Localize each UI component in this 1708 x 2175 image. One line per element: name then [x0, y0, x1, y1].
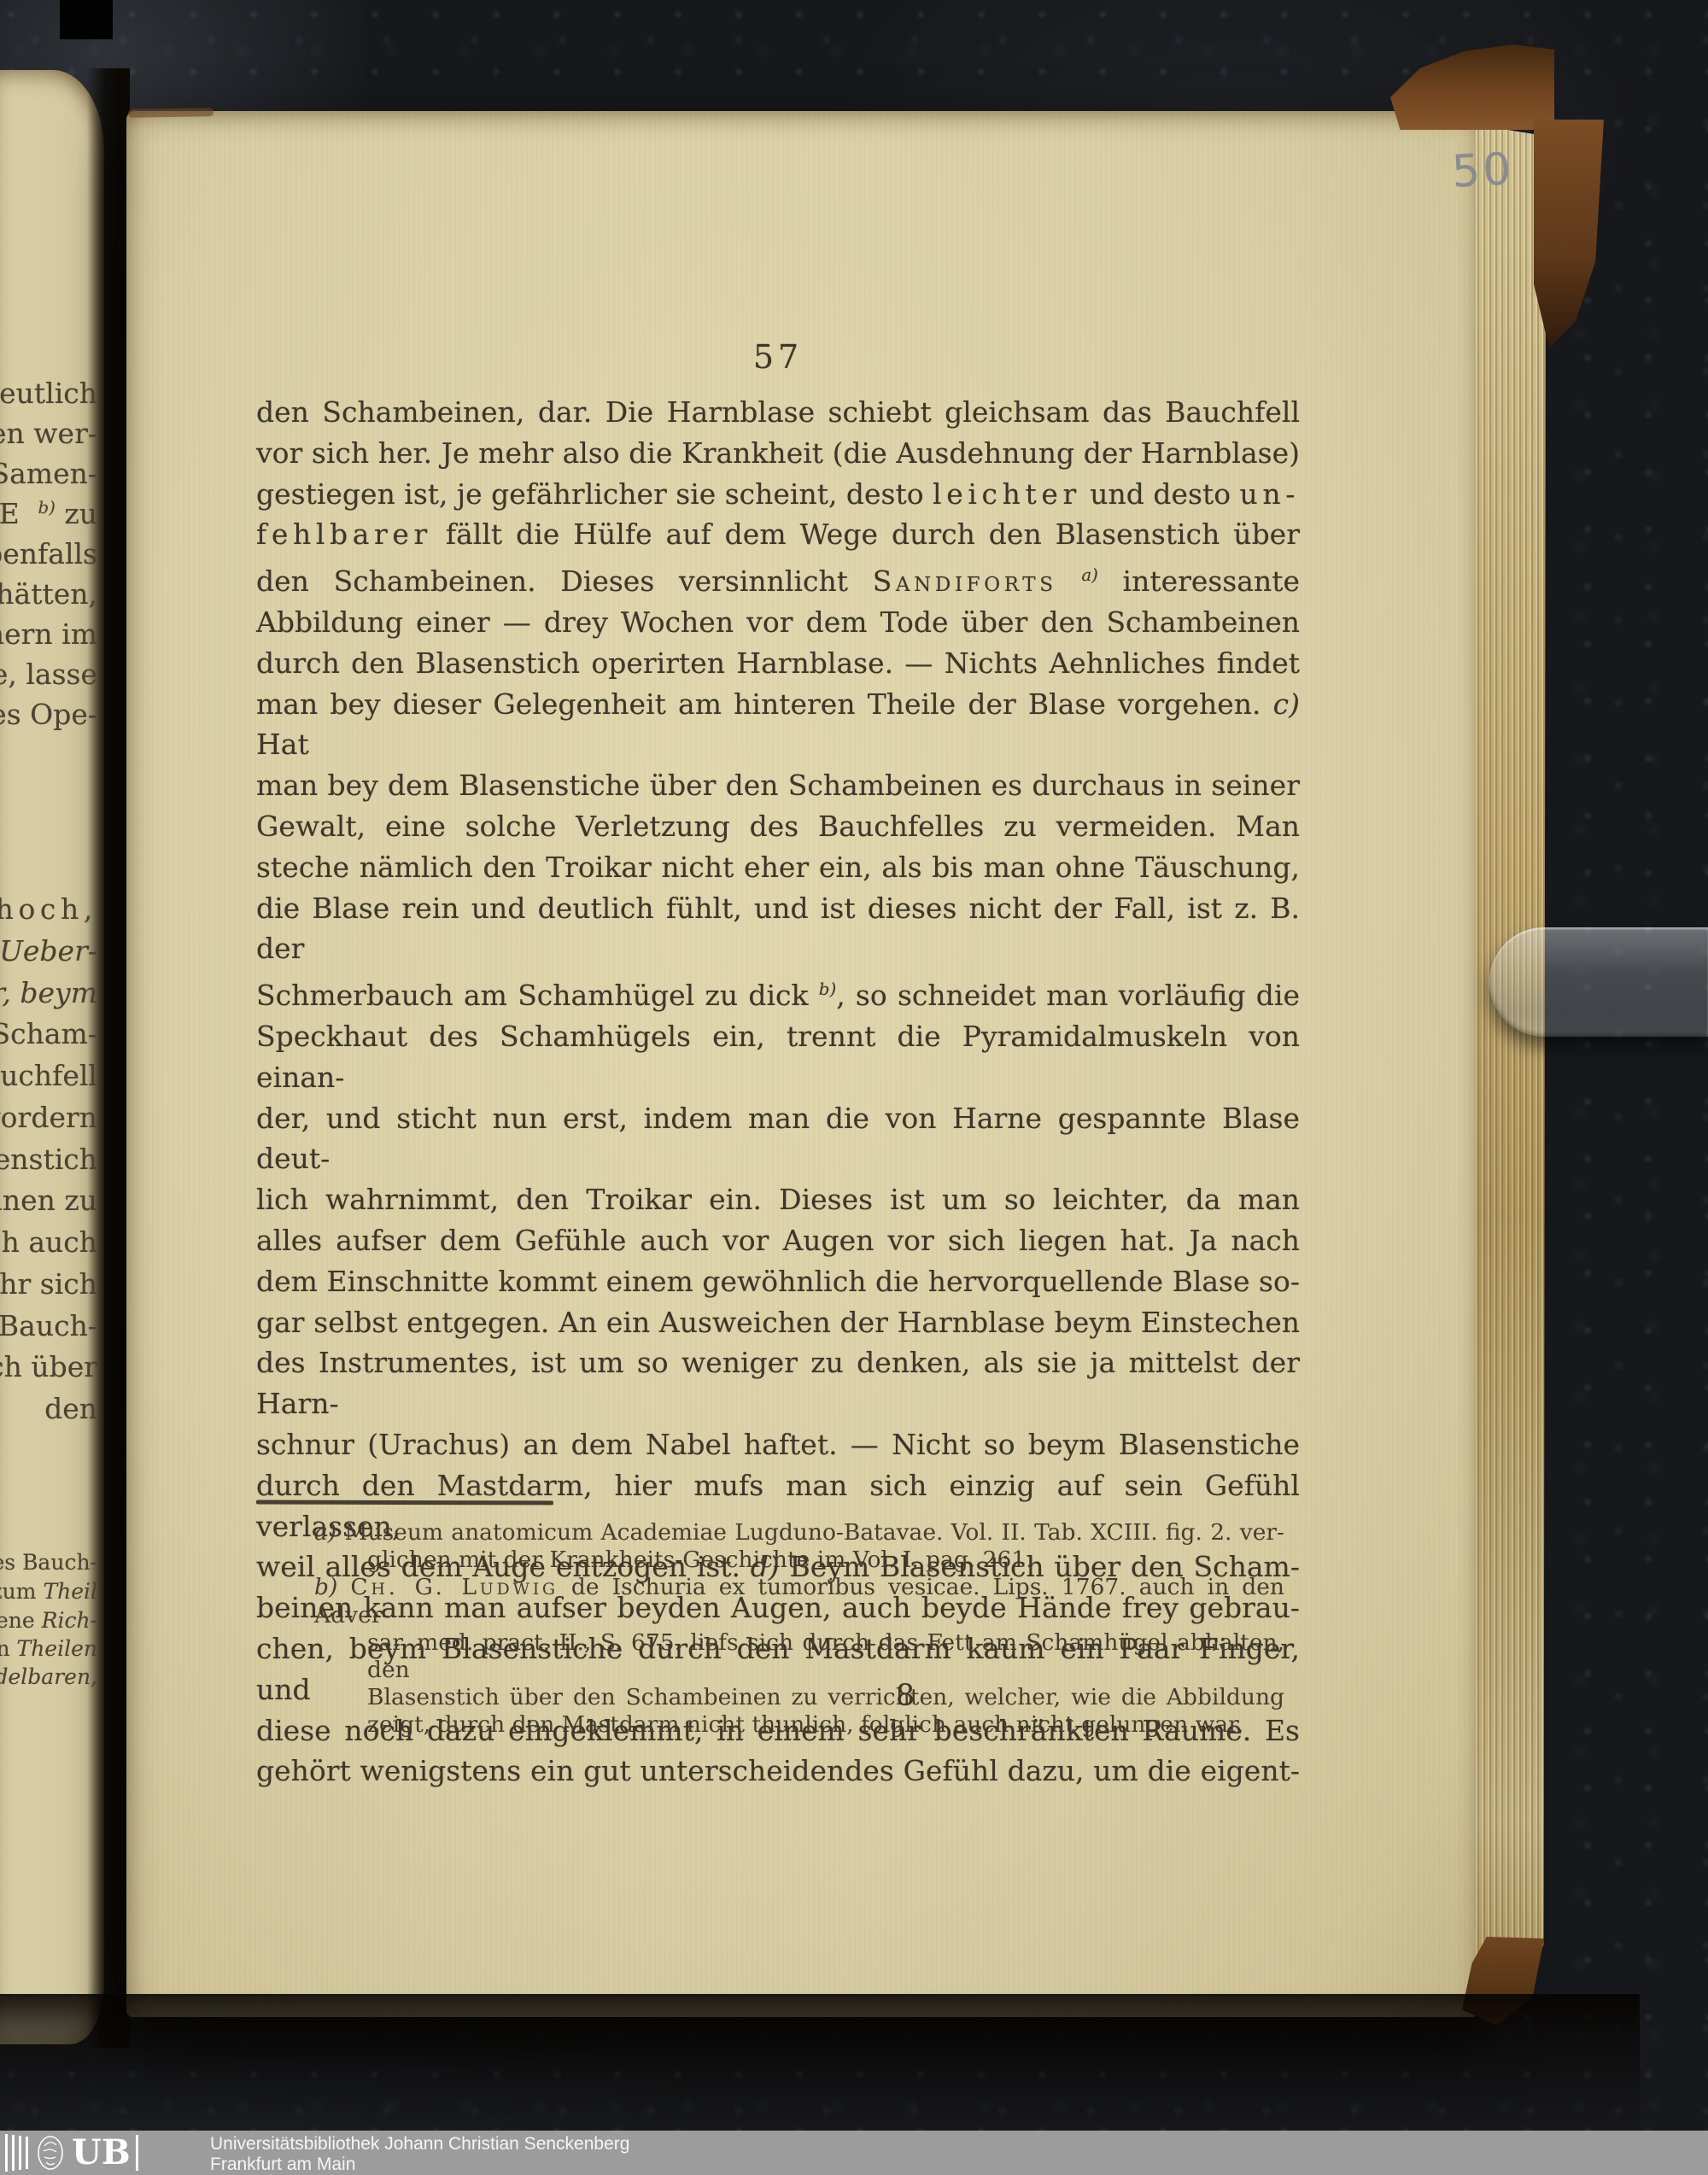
text-segment: der, und sticht nun erst, indem man die …	[256, 1102, 1300, 1176]
cutoff-text-line: einen Theilen	[0, 1636, 97, 1661]
text-segment: de zum	[0, 1579, 43, 1604]
text-line: durch den Blasenstich operirten Harnblas…	[256, 643, 1300, 684]
library-name: Universitätsbibliothek Johann Christian …	[210, 2134, 629, 2175]
text-line: lich wahrnimmt, den Troikar ein. Dieses …	[256, 1179, 1300, 1220]
text-line: man bey dem Blasenstiche über den Schamb…	[256, 765, 1300, 806]
text-segment: Theil	[43, 1579, 97, 1604]
text-line: gestiegen ist, je gefährlicher sie schei…	[256, 474, 1300, 515]
text-segment: Abbildung einer — drey Wochen vor dem To…	[256, 605, 1300, 639]
book-scan-photo: ung deutlichrmieden wer-r die Samen-LLIE…	[0, 0, 1708, 2175]
text-segment: steche nämlich den Troikar nicht eher ei…	[256, 851, 1300, 884]
text-line: glichen mit der Krankheits-Geschichte im…	[314, 1546, 1284, 1574]
text-segment: schnur (Urachus) an dem Nabel haftet. — …	[256, 1428, 1300, 1461]
footnotes: a) Museum anatomicum Academiae Lugduno-B…	[314, 1519, 1284, 1739]
text-line: den Schambeinen, dar. Die Harnblase schi…	[256, 392, 1300, 433]
fore-edge	[1476, 125, 1546, 2010]
text-segment: Sandiforts	[873, 564, 1057, 598]
text-segment: Theilen	[17, 1636, 97, 1661]
text-line: schnur (Urachus) an dem Nabel haftet. — …	[256, 1424, 1300, 1465]
text-segment: gehört wenigstens ein gut unterscheidend…	[256, 1754, 1300, 1787]
text-segment: fehlbarer	[256, 517, 432, 551]
text-segment: Ch. G. Ludwig	[350, 1574, 558, 1600]
library-name-line2: Frankfurt am Main	[210, 2155, 629, 2175]
signature-mark: 8	[871, 1679, 939, 1713]
text-segment: einen	[0, 1636, 17, 1661]
text-line: der, und sticht nun erst, indem man die …	[256, 1098, 1300, 1180]
text-segment: sar. med. pract. II., S. 675. liefs sich…	[367, 1629, 1284, 1683]
ub-logo: UB	[5, 2133, 138, 2172]
text-segment: Gewalt, eine solche Verletzung des Bauch…	[256, 810, 1300, 843]
text-segment: a)	[1081, 565, 1098, 585]
text-line: Abbildung einer — drey Wochen vor dem To…	[256, 602, 1300, 643]
text-segment: Hat	[256, 728, 309, 761]
logo-bar-icon	[26, 2137, 28, 2169]
text-line: vor sich her. Je mehr also die Krankheit…	[256, 433, 1300, 474]
text-segment	[1057, 564, 1082, 598]
text-segment: Schmerbauch am Schamhügel zu dick	[256, 979, 819, 1012]
text-segment: alles aufser dem Gefühle auch vor Augen …	[256, 1224, 1300, 1257]
text-segment: a)	[314, 1519, 336, 1546]
text-line: gehört wenigstens ein gut unterscheidend…	[256, 1751, 1300, 1792]
text-line: fehlbarer fällt die Hülfe auf dem Wege d…	[256, 514, 1300, 555]
text-line: Speckhaut des Schamhügels ein, trennt di…	[256, 1016, 1300, 1098]
handwritten-folio-number: 50	[1450, 143, 1514, 198]
text-segment: lich wahrnimmt, den Troikar ein. Dieses …	[256, 1183, 1300, 1216]
text-segment: zeigt, durch den Mastdarm nicht thunlich…	[367, 1711, 1243, 1738]
text-segment: durch den Blasenstich operirten Harnblas…	[256, 646, 1300, 680]
footnote-separator-rule	[256, 1500, 553, 1506]
text-line: alles aufser dem Gefühle auch vor Augen …	[256, 1220, 1300, 1261]
text-segment: c)	[1273, 687, 1300, 721]
text-line: sar. med. pract. II., S. 675. liefs sich…	[314, 1629, 1284, 1684]
text-line: zeigt, durch den Mastdarm nicht thunlich…	[314, 1711, 1284, 1739]
text-segment: b)	[314, 1574, 337, 1600]
text-line: die Blase rein und deutlich fühlt, und i…	[256, 888, 1300, 970]
page-number: 57	[256, 338, 1300, 376]
text-segment: Rich-	[42, 1608, 97, 1633]
text-segment: leichter	[933, 477, 1081, 511]
text-segment	[337, 1574, 350, 1600]
text-line: b) Ch. G. Ludwig de Ischuria ex tumoribu…	[314, 1574, 1284, 1628]
logo-bar-icon	[19, 2136, 21, 2170]
facing-page-footnote-fragments: it des Bauch-de zum Theilmmene Rich-eine…	[0, 0, 97, 2049]
text-segment: fällt die Hülfe auf dem Wege durch den B…	[432, 517, 1300, 551]
logo-bar-icon	[12, 2135, 15, 2171]
plastic-page-clip	[1489, 927, 1708, 1037]
text-segment: Speckhaut des Schamhügels ein, trennt di…	[256, 1020, 1300, 1094]
text-segment: mmene	[0, 1608, 42, 1633]
text-segment: den Schambeinen. Dieses versinnlicht	[256, 564, 873, 598]
portrait-icon	[34, 2134, 67, 2172]
text-line: steche nämlich den Troikar nicht eher ei…	[256, 847, 1300, 888]
text-segment: vor sich her. Je mehr also die Krankheit…	[256, 436, 1300, 470]
cutoff-text-line: it des Bauch-	[0, 1550, 97, 1575]
text-segment: und desto	[1081, 477, 1240, 511]
text-segment: des Instrumentes, ist um so weniger zu d…	[256, 1346, 1300, 1420]
text-segment: , so schneidet man vorläufig die	[836, 979, 1300, 1012]
text-segment: man bey dieser Gelegenheit am hinteren T…	[256, 687, 1273, 721]
text-line: Gewalt, eine solche Verletzung des Bauch…	[256, 806, 1300, 847]
cutoff-text-line: de zum Theil	[0, 1579, 97, 1604]
text-line: Schmerbauch am Schamhügel zu dick b), so…	[256, 969, 1300, 1016]
text-line: dem Einschnitte kommt einem gewöhnlich d…	[256, 1261, 1300, 1302]
text-segment: it des Bauch-	[0, 1550, 97, 1575]
text-segment: Museum anatomicum Academiae Lugduno-Bata…	[336, 1519, 1284, 1546]
text-segment: glichen mit der Krankheits-Geschichte im…	[367, 1546, 1033, 1573]
text-segment: interessante	[1098, 564, 1300, 598]
logo-bar-icon	[5, 2134, 8, 2172]
text-segment: man bey dem Blasenstiche über den Schamb…	[256, 769, 1300, 802]
text-segment: b)	[819, 979, 836, 999]
text-line: man bey dieser Gelegenheit am hinteren T…	[256, 684, 1300, 766]
text-segment: Blasenstich über den Schambeinen zu verr…	[367, 1684, 1284, 1710]
cutoff-text-line: wandelbaren,	[0, 1664, 97, 1689]
binding-edge-smudge	[128, 108, 213, 118]
text-segment: gar selbst entgegen. An ein Ausweichen d…	[256, 1306, 1300, 1339]
text-segment: dem Einschnitte kommt einem gewöhnlich d…	[256, 1265, 1300, 1298]
book-drop-shadow	[0, 1994, 1640, 2135]
text-segment: un-	[1240, 477, 1301, 511]
logo-divider	[136, 2135, 138, 2171]
text-line: Blasenstich über den Schambeinen zu verr…	[314, 1684, 1284, 1711]
text-segment: die Blase rein und deutlich fühlt, und i…	[256, 892, 1300, 966]
text-segment: den Schambeinen, dar. Die Harnblase schi…	[256, 395, 1300, 429]
text-segment: gestiegen ist, je gefährlicher sie schei…	[256, 477, 933, 511]
text-line: den Schambeinen. Dieses versinnlicht San…	[256, 555, 1300, 602]
text-line: des Instrumentes, ist um so weniger zu d…	[256, 1342, 1300, 1424]
text-line: gar selbst entgegen. An ein Ausweichen d…	[256, 1302, 1300, 1343]
cutoff-text-line: mmene Rich-	[0, 1608, 97, 1633]
library-name-line1: Universitätsbibliothek Johann Christian …	[210, 2134, 629, 2155]
ub-logo-text: UB	[72, 2134, 131, 2172]
text-line: a) Museum anatomicum Academiae Lugduno-B…	[314, 1519, 1284, 1546]
text-segment: wandelbaren,	[0, 1664, 97, 1689]
